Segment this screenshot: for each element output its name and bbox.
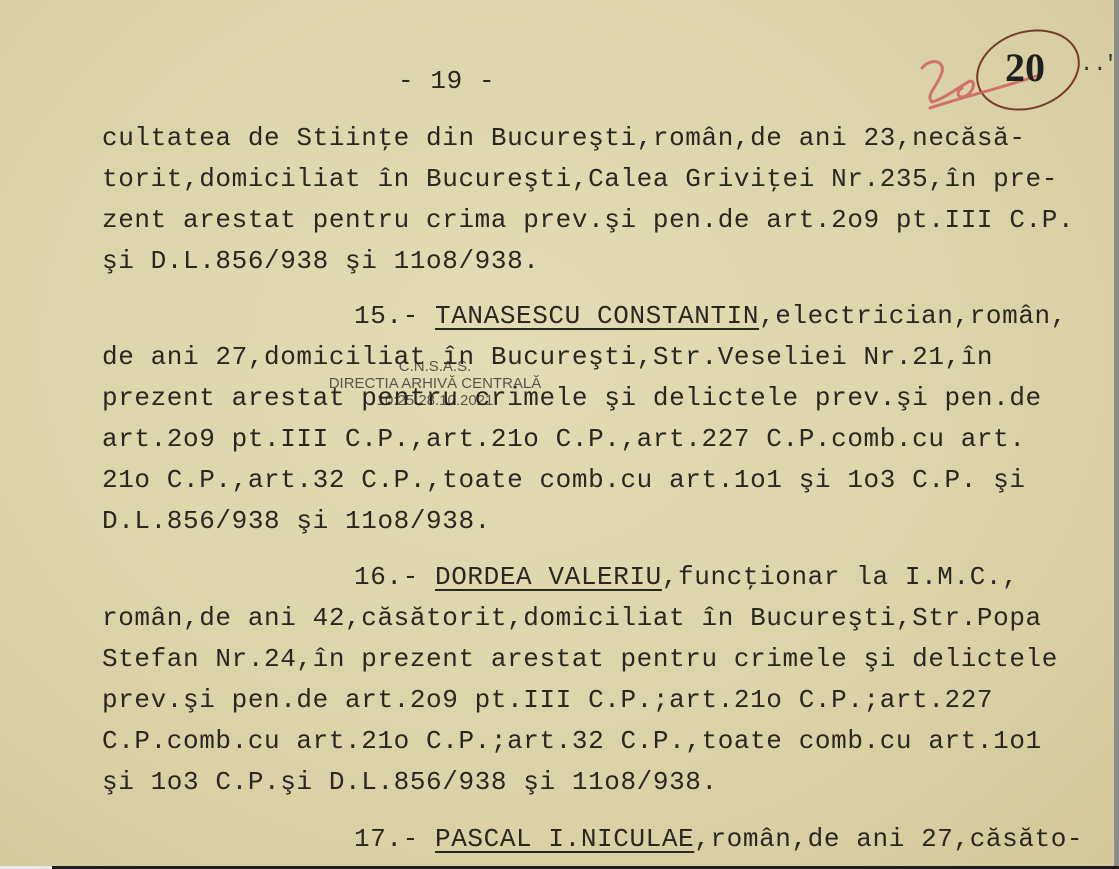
- text-line: român,de ani 42,căsătorit,domiciliat în …: [102, 605, 1042, 631]
- entry-heading-rest: ,electrician,român,: [759, 301, 1067, 331]
- entry-name: PASCAL I.NICULAE: [435, 824, 694, 854]
- entry-15-heading: 15.- TANASESCU CONSTANTIN,electrician,ro…: [354, 303, 1067, 329]
- entry-number: 16.-: [354, 562, 419, 592]
- text-line: prev.şi pen.de art.2o9 pt.III C.P.;art.2…: [102, 687, 993, 713]
- text-line: prezent arestat pentru crimele şi delict…: [102, 385, 1042, 411]
- watermark-line-2: DIRECTIA ARHIVĂ CENTRALĂ: [322, 375, 548, 392]
- text-line: 21o C.P.,art.32 C.P.,toate comb.cu art.1…: [102, 467, 1026, 493]
- entry-heading-rest: ,funcţionar la I.M.C.,: [662, 562, 1018, 592]
- text-line: şi D.L.856/938 şi 11o8/938.: [102, 248, 539, 274]
- watermark-line-3: 10:25 28.10.2021: [322, 392, 548, 409]
- entry-16-heading: 16.- DORDEA VALERIU,funcţionar la I.M.C.…: [354, 564, 1018, 590]
- scan-edge-right: [1114, 0, 1119, 869]
- folio-stamp-number: 20: [1005, 44, 1045, 91]
- entry-number: 15.-: [354, 301, 419, 331]
- text-line: şi 1o3 C.P.şi D.L.856/938 şi 11o8/938.: [102, 769, 718, 795]
- text-line: cultatea de Stiinţe din Bucureşti,român,…: [102, 125, 1026, 151]
- watermark-line-1: C.N.S.A.S.: [322, 358, 548, 375]
- text-line: D.L.856/938 şi 11o8/938.: [102, 508, 491, 534]
- entry-number: 17.-: [354, 824, 419, 854]
- entry-name: DORDEA VALERIU: [435, 562, 662, 592]
- text-line: torit,domiciliat în Bucureşti,Calea Griv…: [102, 166, 1058, 192]
- text-line: art.2o9 pt.III C.P.,art.21o C.P.,art.227…: [102, 426, 1026, 452]
- text-line: zent arestat pentru crima prev.şi pen.de…: [102, 207, 1074, 233]
- folio-stamp-suffix: ..": [1080, 52, 1114, 77]
- document-page: - 19 - 20 .." cultatea de Stiinţe din Bu…: [0, 0, 1114, 866]
- entry-17-heading: 17.- PASCAL I.NICULAE,român,de ani 27,că…: [354, 826, 1083, 852]
- entry-name: TANASESCU CONSTANTIN: [435, 301, 759, 331]
- text-line: Stefan Nr.24,în prezent arestat pentru c…: [102, 646, 1058, 672]
- entry-heading-rest: ,român,de ani 27,căsăto-: [694, 824, 1083, 854]
- text-line: C.P.comb.cu art.21o C.P.;art.32 C.P.,toa…: [102, 728, 1042, 754]
- archive-watermark: C.N.S.A.S. DIRECTIA ARHIVĂ CENTRALĂ 10:2…: [322, 358, 548, 409]
